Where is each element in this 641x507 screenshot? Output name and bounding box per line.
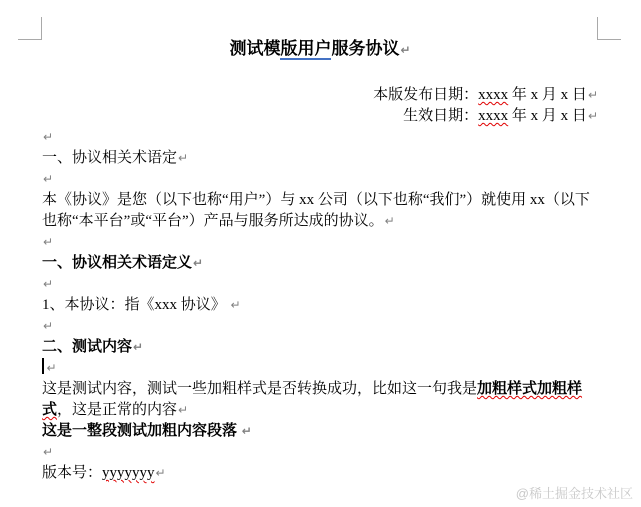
text-boundary-mark-top-left	[18, 17, 42, 40]
effective-date-placeholder: xxxx	[478, 108, 508, 124]
heading-terms-draft-line: 一、协议相关术语定↵	[42, 148, 598, 169]
paragraph-mark: ↵	[384, 214, 395, 228]
paragraph-mark: ↵	[42, 172, 53, 186]
effective-date-rest: 年 x 月 x 日	[508, 108, 587, 124]
empty-line: ↵	[42, 274, 598, 295]
paragraph-mark: ↵	[42, 445, 53, 459]
heading-test-text: 二、测试内容	[42, 339, 132, 355]
empty-line: ↵	[42, 316, 598, 337]
paragraph-mark: ↵	[46, 361, 57, 375]
paragraph-mark: ↵	[42, 277, 53, 291]
paragraph-mark: ↵	[587, 88, 598, 102]
watermark: @稀土掘金技术社区	[516, 483, 633, 502]
definition-item-text: 1、本协议：指《xxx 协议》	[42, 297, 230, 313]
paragraph-mark: ↵	[177, 403, 188, 417]
publish-date-line: 本版发布日期：xxxx 年 x 月 x 日↵	[42, 85, 598, 106]
paragraph-mark: ↵	[42, 130, 53, 144]
heading-terms-text: 一、协议相关术语定义	[42, 255, 192, 271]
heading-test-line: 二、测试内容↵	[42, 337, 598, 358]
paragraph-mark: ↵	[587, 109, 598, 123]
publish-date-placeholder: xxxx	[478, 87, 508, 103]
text-cursor	[42, 358, 44, 374]
paragraph-mark: ↵	[155, 466, 166, 480]
empty-line: ↵	[42, 169, 598, 190]
effective-date-label: 生效日期：	[403, 108, 478, 124]
effective-date-line: 生效日期：xxxx 年 x 月 x 日↵	[42, 106, 598, 127]
text-boundary-mark-top-right	[597, 17, 621, 40]
empty-line: ↵	[42, 442, 598, 463]
heading-terms-line: 一、协议相关术语定义↵	[42, 253, 598, 274]
publish-date-rest: 年 x 月 x 日	[508, 87, 587, 103]
intro-paragraph-text: 本《协议》是您（以下也称“用户”）与 xx 公司（以下也称“我们”）就使用 xx…	[42, 192, 590, 229]
title-grammar-flagged-text: 版用户	[280, 39, 331, 60]
test-paragraph-text: 这是测试内容，测试一些加粗样式是否转换成功，比如这一句我是	[42, 381, 477, 397]
document-page: 测试模版用户服务协议↵ 本版发布日期：xxxx 年 x 月 x 日↵ 生效日期：…	[0, 0, 641, 507]
heading-terms-draft-text: 一、协议相关术语定	[42, 150, 177, 166]
paragraph-mark: ↵	[230, 298, 241, 312]
document-body: 测试模版用户服务协议↵ 本版发布日期：xxxx 年 x 月 x 日↵ 生效日期：…	[42, 36, 598, 484]
paragraph-mark: ↵	[42, 319, 53, 333]
bold-paragraph-text: 这是一整段测试加粗内容段落	[42, 423, 241, 439]
paragraph-mark: ↵	[177, 151, 188, 165]
cursor-line: ↵	[42, 358, 598, 379]
paragraph-mark: ↵	[192, 256, 203, 270]
paragraph-mark: ↵	[42, 235, 53, 249]
publish-date-label: 本版发布日期：	[373, 87, 478, 103]
paragraph-mark: ↵	[399, 43, 410, 57]
version-label: 版本号：	[42, 465, 102, 481]
title-text: 服务协议	[331, 39, 399, 58]
definition-item-line: 1、本协议：指《xxx 协议》 ↵	[42, 295, 598, 316]
paragraph-mark: ↵	[132, 340, 143, 354]
version-line: 版本号：yyyyyyy↵	[42, 463, 598, 484]
test-paragraph: 这是测试内容，测试一些加粗样式是否转换成功，比如这一句我是加粗样式加粗样式，这是…	[42, 379, 598, 421]
test-paragraph-text: ，这是正常的内容	[57, 402, 177, 418]
document-title-line: 测试模版用户服务协议↵	[42, 36, 598, 63]
intro-paragraph: 本《协议》是您（以下也称“用户”）与 xx 公司（以下也称“我们”）就使用 xx…	[42, 190, 598, 232]
empty-line: ↵	[42, 127, 598, 148]
title-text: 测试模	[229, 39, 280, 58]
empty-line: ↵	[42, 232, 598, 253]
version-placeholder: yyyyyyy	[102, 465, 155, 481]
paragraph-mark: ↵	[241, 424, 252, 438]
bold-paragraph-line: 这是一整段测试加粗内容段落 ↵	[42, 421, 598, 442]
